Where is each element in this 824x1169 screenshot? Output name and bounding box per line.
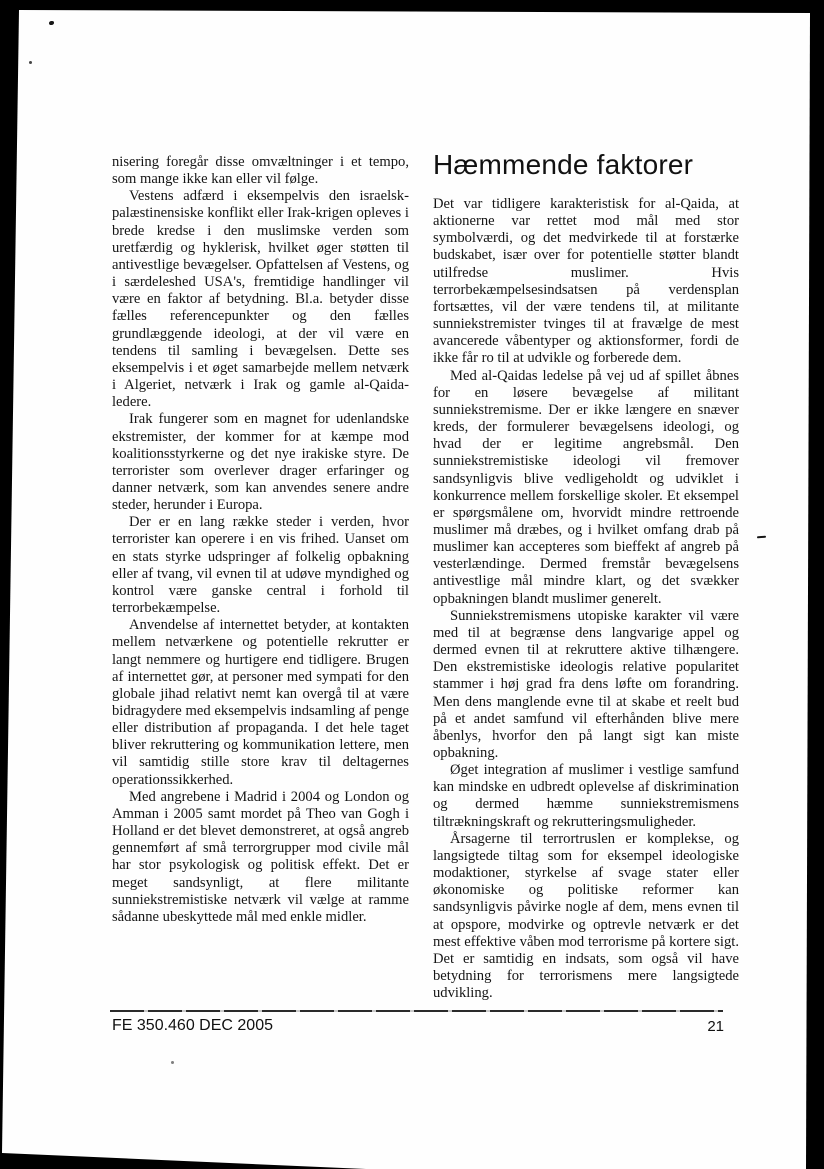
scan-speck [49,21,54,25]
scan-speck [29,61,32,64]
paragraph: Vestens adfærd i eksempelvis den israels… [112,188,409,411]
paragraph: nisering foregår disse omvæltninger i et… [112,154,409,188]
scanned-page: nisering foregår disse omvæltninger i et… [0,0,824,1169]
paragraph: Med al-Qaidas ledelse på vej ud af spill… [433,368,739,608]
document-reference: FE 350.460 DEC 2005 [112,1017,273,1035]
section-heading: Hæmmende faktorer [433,148,739,182]
paragraph: Anvendelse af internettet betyder, at ko… [112,617,409,789]
paragraph: Sunniekstremismens utopiske karakter vil… [433,608,739,762]
paragraph: Det var tidligere karakteristisk for al-… [433,196,739,368]
paragraph: Årsagerne til terrortruslen er komplekse… [433,831,739,1003]
page-number: 21 [680,1018,724,1035]
footer-rule [110,1010,723,1012]
scan-speck [171,1061,174,1064]
paragraph: Øget integration af muslimer i vestlige … [433,762,739,831]
paragraph: Der er en lang række steder i verden, hv… [112,514,409,617]
right-column: Hæmmende faktorer Det var tidligere kara… [433,148,739,1002]
left-column: nisering foregår disse omvæltninger i et… [112,154,409,926]
paragraph: Irak fungerer som en magnet for udenland… [112,411,409,514]
paragraph: Med angrebene i Madrid i 2004 og London … [112,789,409,926]
